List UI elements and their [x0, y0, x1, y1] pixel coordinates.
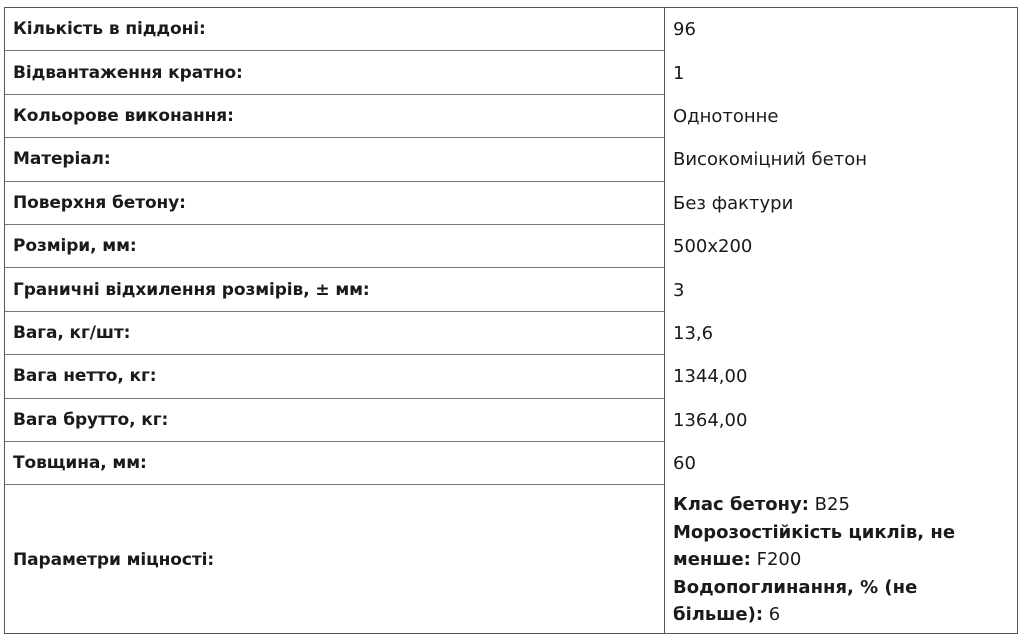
- label-net-weight: Вага нетто, кг:: [5, 355, 664, 398]
- label-pallet-quantity: Кількість в піддоні:: [5, 8, 664, 51]
- strength-param-value: 6: [769, 604, 780, 625]
- spec-values-column: 96 1 Однотонне Високоміцний бетон Без фа…: [664, 7, 1018, 634]
- strength-param-key: Водопоглинання, % (не більше):: [673, 577, 917, 626]
- value-net-weight: 1344,00: [665, 355, 1017, 398]
- strength-param-key: Клас бетону:: [673, 494, 809, 515]
- label-weight-per-piece: Вага, кг/шт:: [5, 312, 664, 355]
- value-tolerance: 3: [665, 268, 1017, 311]
- label-dimensions: Розміри, мм:: [5, 225, 664, 268]
- label-tolerance: Граничні відхилення розмірів, ± мм:: [5, 268, 664, 311]
- label-color: Кольорове виконання:: [5, 95, 664, 138]
- spec-labels-column: Кількість в піддоні: Відвантаження кратн…: [4, 7, 664, 634]
- label-strength-params: Параметри міцності:: [5, 485, 664, 635]
- label-gross-weight: Вага брутто, кг:: [5, 399, 664, 442]
- value-strength-params: Клас бетону: B25 Морозостійкість циклів,…: [665, 485, 1017, 635]
- value-color: Однотонне: [665, 95, 1017, 138]
- label-material: Матеріал:: [5, 138, 664, 181]
- value-surface: Без фактури: [665, 182, 1017, 225]
- strength-param-frost-resistance: Морозостійкість циклів, не менше: F200: [673, 519, 997, 574]
- label-thickness: Товщина, мм:: [5, 442, 664, 485]
- value-weight-per-piece: 13,6: [665, 312, 1017, 355]
- value-pallet-quantity: 96: [665, 8, 1017, 51]
- strength-param-value: B25: [815, 494, 850, 515]
- spec-table: Кількість в піддоні: Відвантаження кратн…: [4, 7, 1018, 634]
- value-shipment-multiple: 1: [665, 51, 1017, 94]
- label-surface: Поверхня бетону:: [5, 182, 664, 225]
- value-thickness: 60: [665, 442, 1017, 485]
- strength-param-concrete-class: Клас бетону: B25: [673, 491, 997, 519]
- strength-param-value: F200: [757, 549, 802, 570]
- value-material: Високоміцний бетон: [665, 138, 1017, 181]
- value-dimensions: 500x200: [665, 225, 1017, 268]
- strength-param-key: Морозостійкість циклів, не менше:: [673, 522, 955, 571]
- label-shipment-multiple: Відвантаження кратно:: [5, 51, 664, 94]
- strength-param-water-absorption: Водопоглинання, % (не більше): 6: [673, 574, 997, 629]
- value-gross-weight: 1364,00: [665, 399, 1017, 442]
